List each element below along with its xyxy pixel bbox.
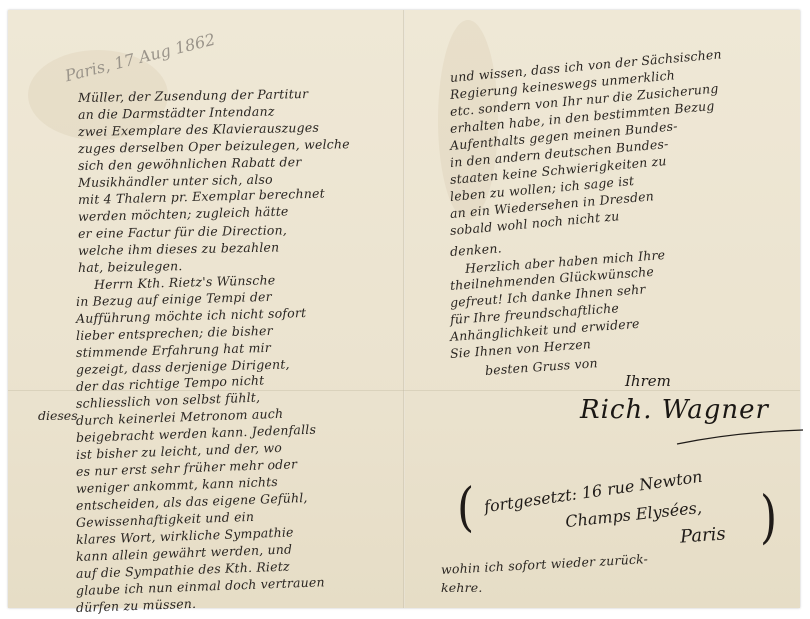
letter-line: besten Gruss von [484, 355, 598, 378]
postscript-line: wohin ich sofort wieder zurück- [441, 551, 649, 577]
letter-line: sich den gewöhnlichen Rabatt der [78, 154, 302, 173]
letter-line: werden möchten; zugleich hätte [78, 203, 289, 224]
letter-line: hat, beizulegen. [78, 258, 183, 275]
margin-note: dieses [38, 408, 78, 423]
date-header: Paris, 17 Aug 1862 [63, 30, 217, 86]
signature: Rich. Wagner [580, 395, 769, 425]
signature-flourish [675, 428, 805, 448]
letter-line: denken. [449, 240, 502, 259]
letter-sheet: Paris, 17 Aug 1862 Müller, der Zusendung… [8, 10, 800, 608]
letter-line: er eine Factur für die Direction, [78, 222, 287, 241]
letter-line: an die Darmstädter Intendanz [78, 104, 275, 122]
address-line: Paris [679, 523, 726, 547]
closing: Ihrem [625, 372, 671, 390]
left-page: Paris, 17 Aug 1862 Müller, der Zusendung… [8, 10, 403, 608]
address-bracket-right: ) [760, 484, 777, 550]
letter-line: welche ihm dieses zu bezahlen [78, 239, 280, 258]
address-bracket-left: ( [457, 477, 474, 538]
letter-line: zuges derselben Oper beizulegen, welche [78, 136, 350, 156]
right-page: und wissen, dass ich von der Sächsischen… [405, 10, 800, 608]
letter-line: dürfen zu müssen. [76, 596, 197, 615]
postscript-line: kehre. [441, 580, 483, 595]
letter-line: zwei Exemplare des Klavierauszuges [78, 120, 319, 139]
letter-line: Müller, der Zusendung der Partitur [78, 86, 309, 105]
